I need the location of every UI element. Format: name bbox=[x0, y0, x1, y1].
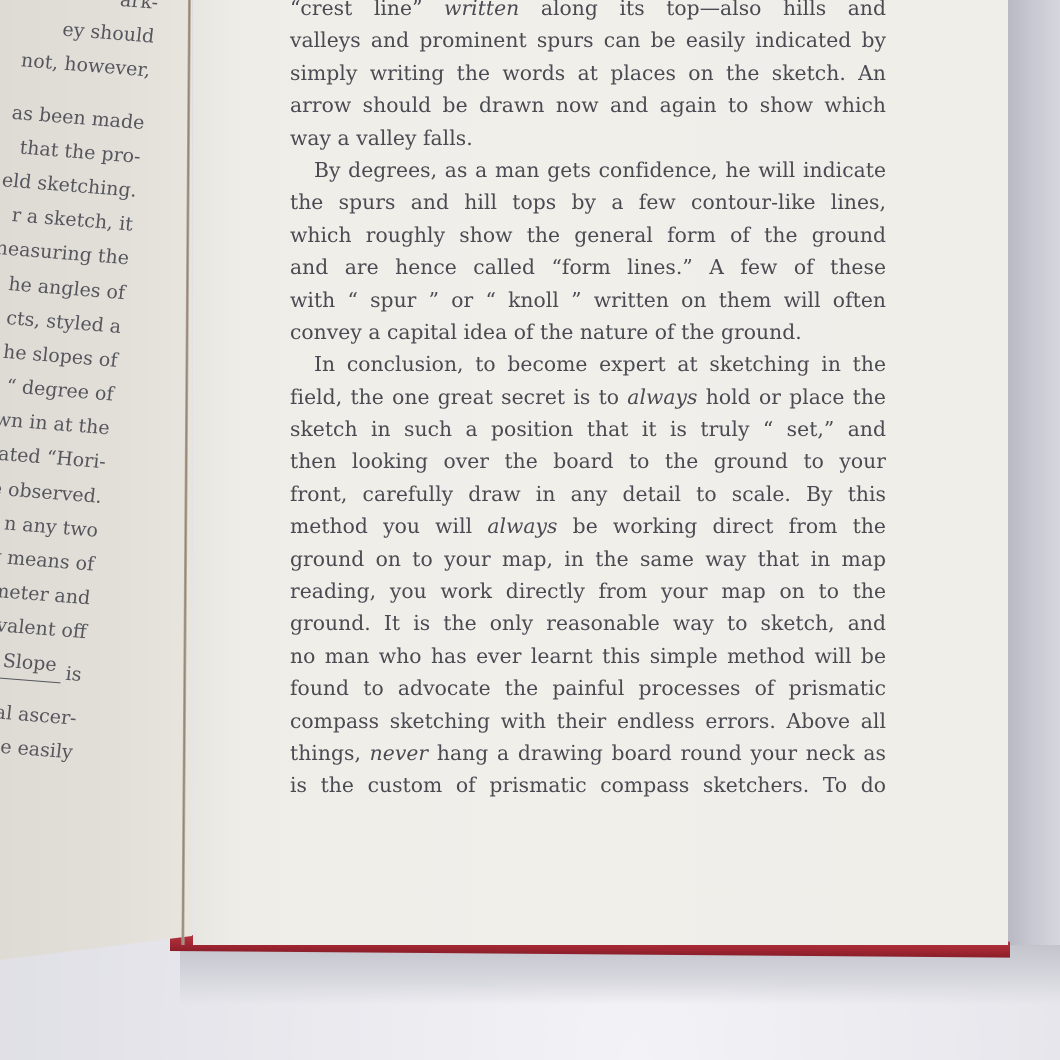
text-line: “crest line” written along its top—also … bbox=[290, 0, 886, 24]
text-line: and are hence called “form lines.” A few… bbox=[290, 251, 886, 283]
text-line: simply writing the words at places on th… bbox=[290, 57, 886, 89]
text-line: which roughly show the general form of t… bbox=[290, 219, 886, 251]
text-line: the spurs and hill tops by a few contour… bbox=[290, 186, 886, 218]
emphasis: written bbox=[444, 0, 519, 20]
text-line: then looking over the board to the groun… bbox=[290, 445, 886, 477]
text-line: valleys and prominent spurs can be easil… bbox=[290, 24, 886, 56]
text-line: sketch in such a position that it is tru… bbox=[290, 413, 886, 445]
text-line: is the custom of prismatic compass sketc… bbox=[290, 769, 886, 801]
text-line: By degrees, as a man gets confidence, he… bbox=[290, 154, 886, 186]
book-photo: “crest line” written along its top—also … bbox=[0, 0, 1060, 1060]
text-line: ground. It is the only reasonable way to… bbox=[290, 607, 886, 639]
text-line: things, never hang a drawing board round… bbox=[290, 737, 886, 769]
text-line: found to advocate the painful processes … bbox=[290, 672, 886, 704]
text-line: front, carefully draw in any detail to s… bbox=[290, 478, 886, 510]
text-line: ground on to your map, in the same way t… bbox=[290, 543, 886, 575]
emphasis: always bbox=[627, 385, 697, 409]
page-shadow-right bbox=[1008, 0, 1060, 980]
text-line: way a valley falls. bbox=[290, 122, 886, 154]
formula-numerator: × Slope bbox=[0, 642, 65, 683]
text-line: field, the one great secret is to always… bbox=[290, 381, 886, 413]
right-page-text: “crest line” written along its top—also … bbox=[290, 0, 886, 802]
text-line: no man who has ever learnt this simple m… bbox=[290, 640, 886, 672]
text-line: compass sketching with their endless err… bbox=[290, 705, 886, 737]
text-line: method you will always be working direct… bbox=[290, 510, 886, 542]
emphasis: never bbox=[370, 741, 428, 765]
text-line: reading, you work directly from your map… bbox=[290, 575, 886, 607]
text-line: convey a capital idea of the nature of t… bbox=[290, 316, 886, 348]
text-line: arrow should be drawn now and again to s… bbox=[290, 89, 886, 121]
emphasis: always bbox=[487, 514, 557, 538]
text-line: In conclusion, to become expert at sketc… bbox=[290, 348, 886, 380]
text-line: with “ spur ” or “ knoll ” written on th… bbox=[290, 284, 886, 316]
